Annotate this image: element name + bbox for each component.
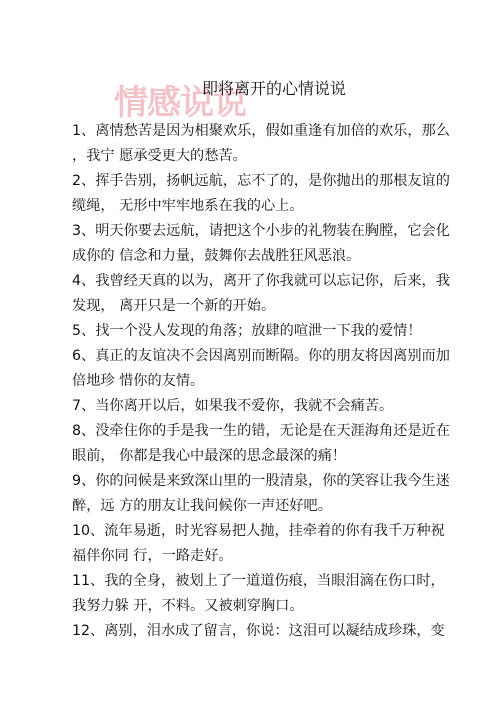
text-line: 11、我的全身，被划上了一道道伤痕，当眼泪滴在伤口时， <box>72 569 428 594</box>
text-line: 眼前， 你都是我心中最深的思念最深的痛！ <box>72 444 428 469</box>
text-line: 3、明天你要去远航，请把这个小步的礼物装在胸膛，它会化 <box>72 219 428 244</box>
text-line: 发现， 离开只是一个新的开始。 <box>72 294 428 319</box>
text-line: 我努力躲 开，不料。又被刺穿胸口。 <box>72 594 428 619</box>
text-line: 成你的 信念和力量，鼓舞你去战胜狂风恶浪。 <box>72 244 428 269</box>
text-line: 缆绳， 无形中牢牢地系在我的心上。 <box>72 194 428 219</box>
page-title: 即将离开的心情说说 <box>0 76 500 99</box>
text-line: 1、离情愁苦是因为相聚欢乐，假如重逢有加倍的欢乐，那么 <box>72 119 428 144</box>
text-line: 福伴你同 行，一路走好。 <box>72 544 428 569</box>
text-line: 7、当你离开以后，如果我不爱你，我就不会痛苦。 <box>72 394 428 419</box>
text-line: 2、挥手告别，扬帆远航，忘不了的，是你抛出的那根友谊的 <box>72 169 428 194</box>
text-line: 醉，远 方的朋友让我问候你一声还好吧。 <box>72 494 428 519</box>
text-line: 5、找一个没人发现的角落；放肆的喧泄一下我的爱情！ <box>72 319 428 344</box>
text-line: 9、你的问候是来致深山里的一股清泉，你的笑容让我今生迷 <box>72 469 428 494</box>
text-line: 10、流年易逝，时光容易把人抛，挂牵着的你有我千万种祝 <box>72 519 428 544</box>
text-line: 4、我曾经天真的以为，离开了你我就可以忘记你，后来，我 <box>72 269 428 294</box>
text-line: ，我宁 愿承受更大的愁苦。 <box>72 144 428 169</box>
text-line: 倍地珍 惜你的友情。 <box>72 369 428 394</box>
article-body: 1、离情愁苦是因为相聚欢乐，假如重逢有加倍的欢乐，那么 ，我宁 愿承受更大的愁苦… <box>72 119 428 644</box>
text-line: 12、离别，泪水成了留言，你说：这泪可以凝结成珍珠，变 <box>72 619 428 644</box>
text-line: 8、没牵住你的手是我一生的错，无论是在天涯海角还是近在 <box>72 419 428 444</box>
text-line: 6、真正的友谊决不会因离别而断隔。你的朋友将因离别而加 <box>72 344 428 369</box>
